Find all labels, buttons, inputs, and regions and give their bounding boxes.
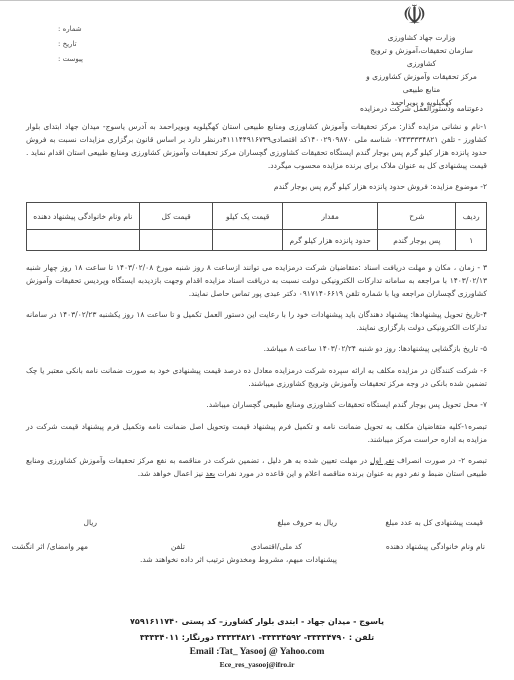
table-header-cell: شرح	[378, 203, 456, 230]
table-cell: ۱	[456, 230, 487, 251]
footer-email-yahoo: Email :Tat_ Yasooj @ Yahoo.com	[0, 646, 514, 659]
iran-emblem-icon: ☫	[352, 1, 477, 31]
total-price-words-label: ریال به حروف مبلغ	[277, 518, 337, 527]
footer-email-ifro: Ece_res_yasooj@ifro.ir	[0, 659, 514, 670]
meta-date-label: تاریخ :	[58, 37, 128, 52]
bid-table-head: ردیفشرحمقدارقیمت یک کیلوقیمت کلنام ونام …	[27, 203, 487, 230]
total-price-number-label: قیمت پیشنهادی کل به عدد مبلغ	[385, 518, 483, 527]
letter-meta-block: شماره : تاریخ : پیوست :	[58, 22, 128, 67]
note-1: تبصره۱-کلیه متقاضیان مکلف به تحویل ضمانت…	[26, 420, 487, 446]
clause-4-submission-date: ۴-تاریخ تحویل پیشنهادها: پیشنهاد دهندگان…	[26, 308, 487, 334]
bidder-name-label: نام ونام خانوادگی پیشنهاد دهنده	[386, 542, 485, 551]
clause-3-schedule: ۳ - زمان ، مکان و مهلت دریافت اسناد :متق…	[26, 261, 487, 300]
note-2: تبصره ۲- در صورت انصراف نفر اول در مهلت …	[26, 454, 487, 480]
clause-2-subject: ۲- موضوع مزایده: فروش حدود پانزده هزار ک…	[26, 180, 487, 193]
table-header-cell: مقدار	[282, 203, 377, 230]
footer-contact-block: یاسوج - میدان جهاد - ابتدی بلوار کشاورز–…	[0, 614, 514, 670]
note-2-text: نیز اعمال خواهد شد.	[138, 469, 206, 478]
document-body: ۱-نام و نشانی مزایده گذار: مرکز تحقیقات …	[26, 120, 487, 488]
clause-1-auctioneer: ۱-نام و نشانی مزایده گذار: مرکز تحقیقات …	[26, 120, 487, 172]
table-header-cell: قیمت یک کیلو	[213, 203, 282, 230]
footer-address: یاسوج - میدان جهاد - ابتدی بلوار کشاورز–…	[0, 614, 514, 630]
table-cell	[27, 230, 140, 251]
note-2-underline-first-person: نفر اول	[370, 456, 394, 465]
clause-6-deposit: ۶- شرکت کنندگان در مزایده مکلف به ارائه …	[26, 364, 487, 390]
meta-number-label: شماره :	[58, 22, 128, 37]
document-title: دعوتنامه ودستورالعمل شرکت درمزایده	[360, 104, 483, 113]
table-header-cell: ردیف	[456, 203, 487, 230]
table-cell	[213, 230, 282, 251]
rial-label: ریال	[84, 518, 97, 527]
seal-signature-fingerprint-label: مهر وامضای/ اثر انگشت	[12, 542, 88, 551]
table-cell: پس بوجار گندم	[378, 230, 456, 251]
org-line-organization: سازمان تحقیقات،آموزش و ترویج کشاورزی	[359, 44, 484, 70]
bid-table-body: ۱پس بوجار گندمحدود پانزده هزار کیلو گرم	[27, 230, 487, 251]
org-line-center: مرکز تحقیقات وآموزش کشاورزی و منابع طبیع…	[359, 70, 484, 96]
table-header-cell: قیمت کل	[139, 203, 213, 230]
note-2-text: تبصره ۲- در صورت انصراف	[394, 456, 487, 465]
footer-phones: تلفن : ۳۳۳۳۴۷۹۰- ۳۳۳۳۴۵۹۲- ۳۳۳۳۴۸۲۱ دورن…	[0, 630, 514, 646]
bid-table: ردیفشرحمقدارقیمت یک کیلوقیمت کلنام ونام …	[26, 202, 487, 251]
ambiguous-bids-disclaimer: پیشنهادات مبهم، مشروط ومخدوش ترتیب اثر د…	[140, 555, 337, 564]
table-header-cell: نام ونام خانوادگی پیشنهاد دهنده	[27, 203, 140, 230]
phone-label: تلفن	[171, 542, 185, 551]
scanned-document-page: شماره : تاریخ : پیوست : ☫ وزارت جهاد کشا…	[0, 0, 514, 680]
national-economic-code-label: کد ملی/اقتصادی	[251, 542, 302, 551]
table-header-row: ردیفشرحمقدارقیمت یک کیلوقیمت کلنام ونام …	[27, 203, 487, 230]
totals-signature-block: قیمت پیشنهادی کل به عدد مبلغ ریال به حرو…	[0, 514, 514, 574]
table-row: ۱پس بوجار گندمحدود پانزده هزار کیلو گرم	[27, 230, 487, 251]
org-line-ministry: وزارت جهاد کشاورزی	[359, 31, 484, 44]
note-2-underline-next: بعد	[205, 469, 215, 478]
letterhead: ☫ وزارت جهاد کشاورزی سازمان تحقیقات،آموز…	[359, 1, 484, 109]
clause-7-delivery-place: ۷- محل تحویل پس بوجار گندم ایستگاه تحقیق…	[26, 398, 487, 411]
meta-attachment-label: پیوست :	[58, 52, 128, 67]
table-cell	[139, 230, 213, 251]
clause-5-opening-date: ۵- تاریخ بازگشایی پیشنهادها: روز دو شنبه…	[26, 342, 487, 355]
table-cell: حدود پانزده هزار کیلو گرم	[282, 230, 377, 251]
